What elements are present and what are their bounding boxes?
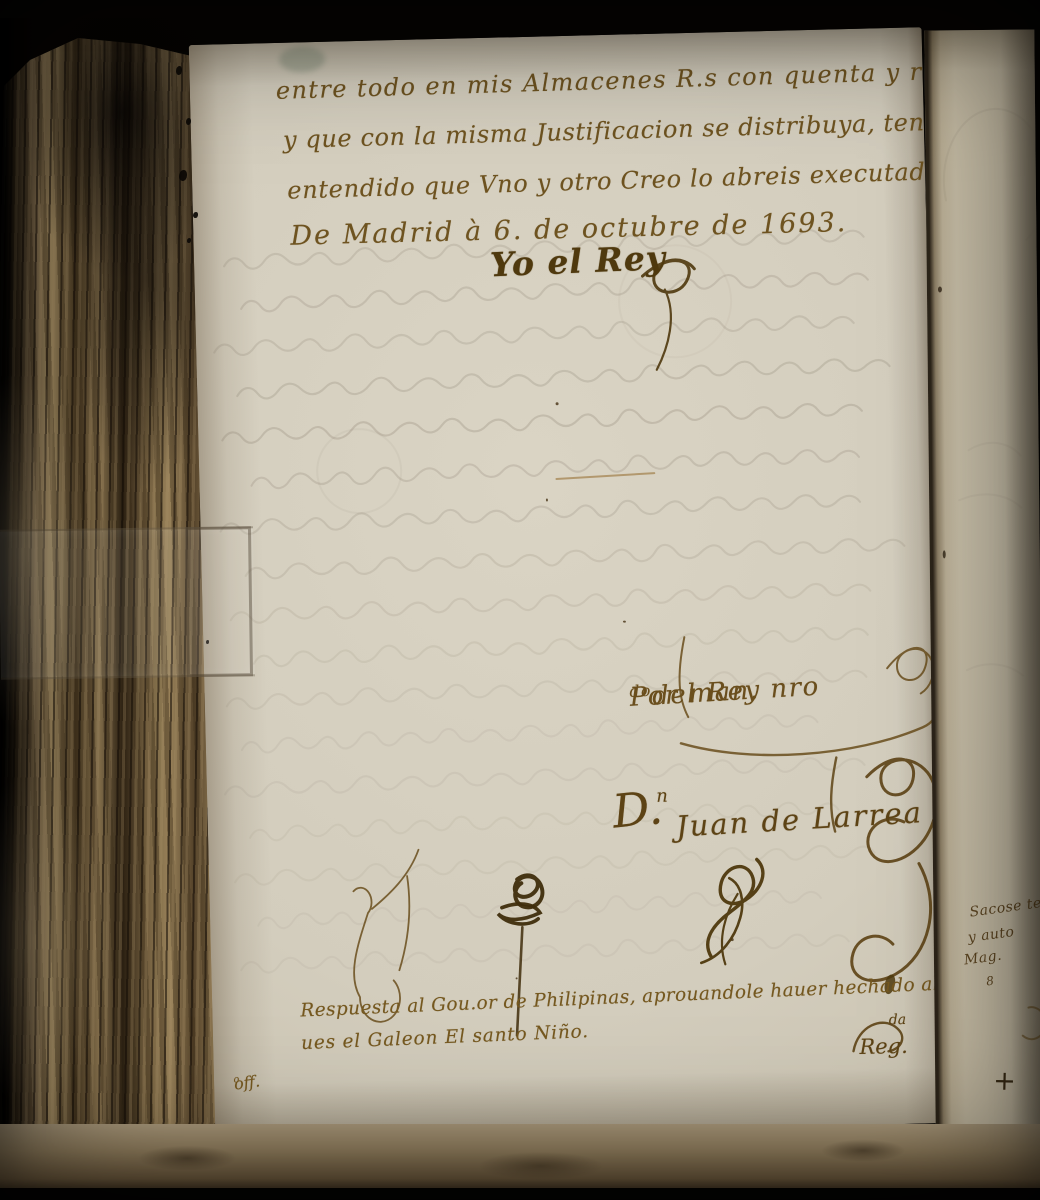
dagger-rubric bbox=[487, 865, 551, 1046]
adjacent-page-line-4: 8 bbox=[985, 973, 995, 988]
adjacent-page: Sacose te y auto Mag. 8 + bbox=[924, 29, 1040, 1130]
royal-signature-rubric bbox=[629, 230, 732, 362]
backdrop-bottom bbox=[0, 1188, 1040, 1200]
ink-speck bbox=[556, 402, 559, 405]
secretary-signature-superscript: n bbox=[656, 786, 668, 807]
page-weight-strip bbox=[0, 526, 255, 680]
gutter-stain bbox=[943, 550, 946, 558]
left-loop-rubric bbox=[300, 848, 429, 1016]
manuscript-photograph: entre todo en mis Almacenes R.s con quen… bbox=[0, 0, 1040, 1200]
registration-superscript: da bbox=[889, 1012, 907, 1028]
manuscript-page: entre todo en mis Almacenes R.s con quen… bbox=[189, 27, 949, 1141]
page-weight-end bbox=[185, 526, 253, 677]
registration-note: Reg. bbox=[859, 1034, 908, 1059]
office-note-superscript: o bbox=[233, 1074, 240, 1086]
secretary-signature-rubric bbox=[765, 715, 948, 1019]
cross-mark: + bbox=[993, 1066, 1016, 1098]
gutter-stain bbox=[938, 286, 942, 292]
paraph-scribble bbox=[679, 851, 772, 968]
ink-speck bbox=[546, 498, 548, 501]
